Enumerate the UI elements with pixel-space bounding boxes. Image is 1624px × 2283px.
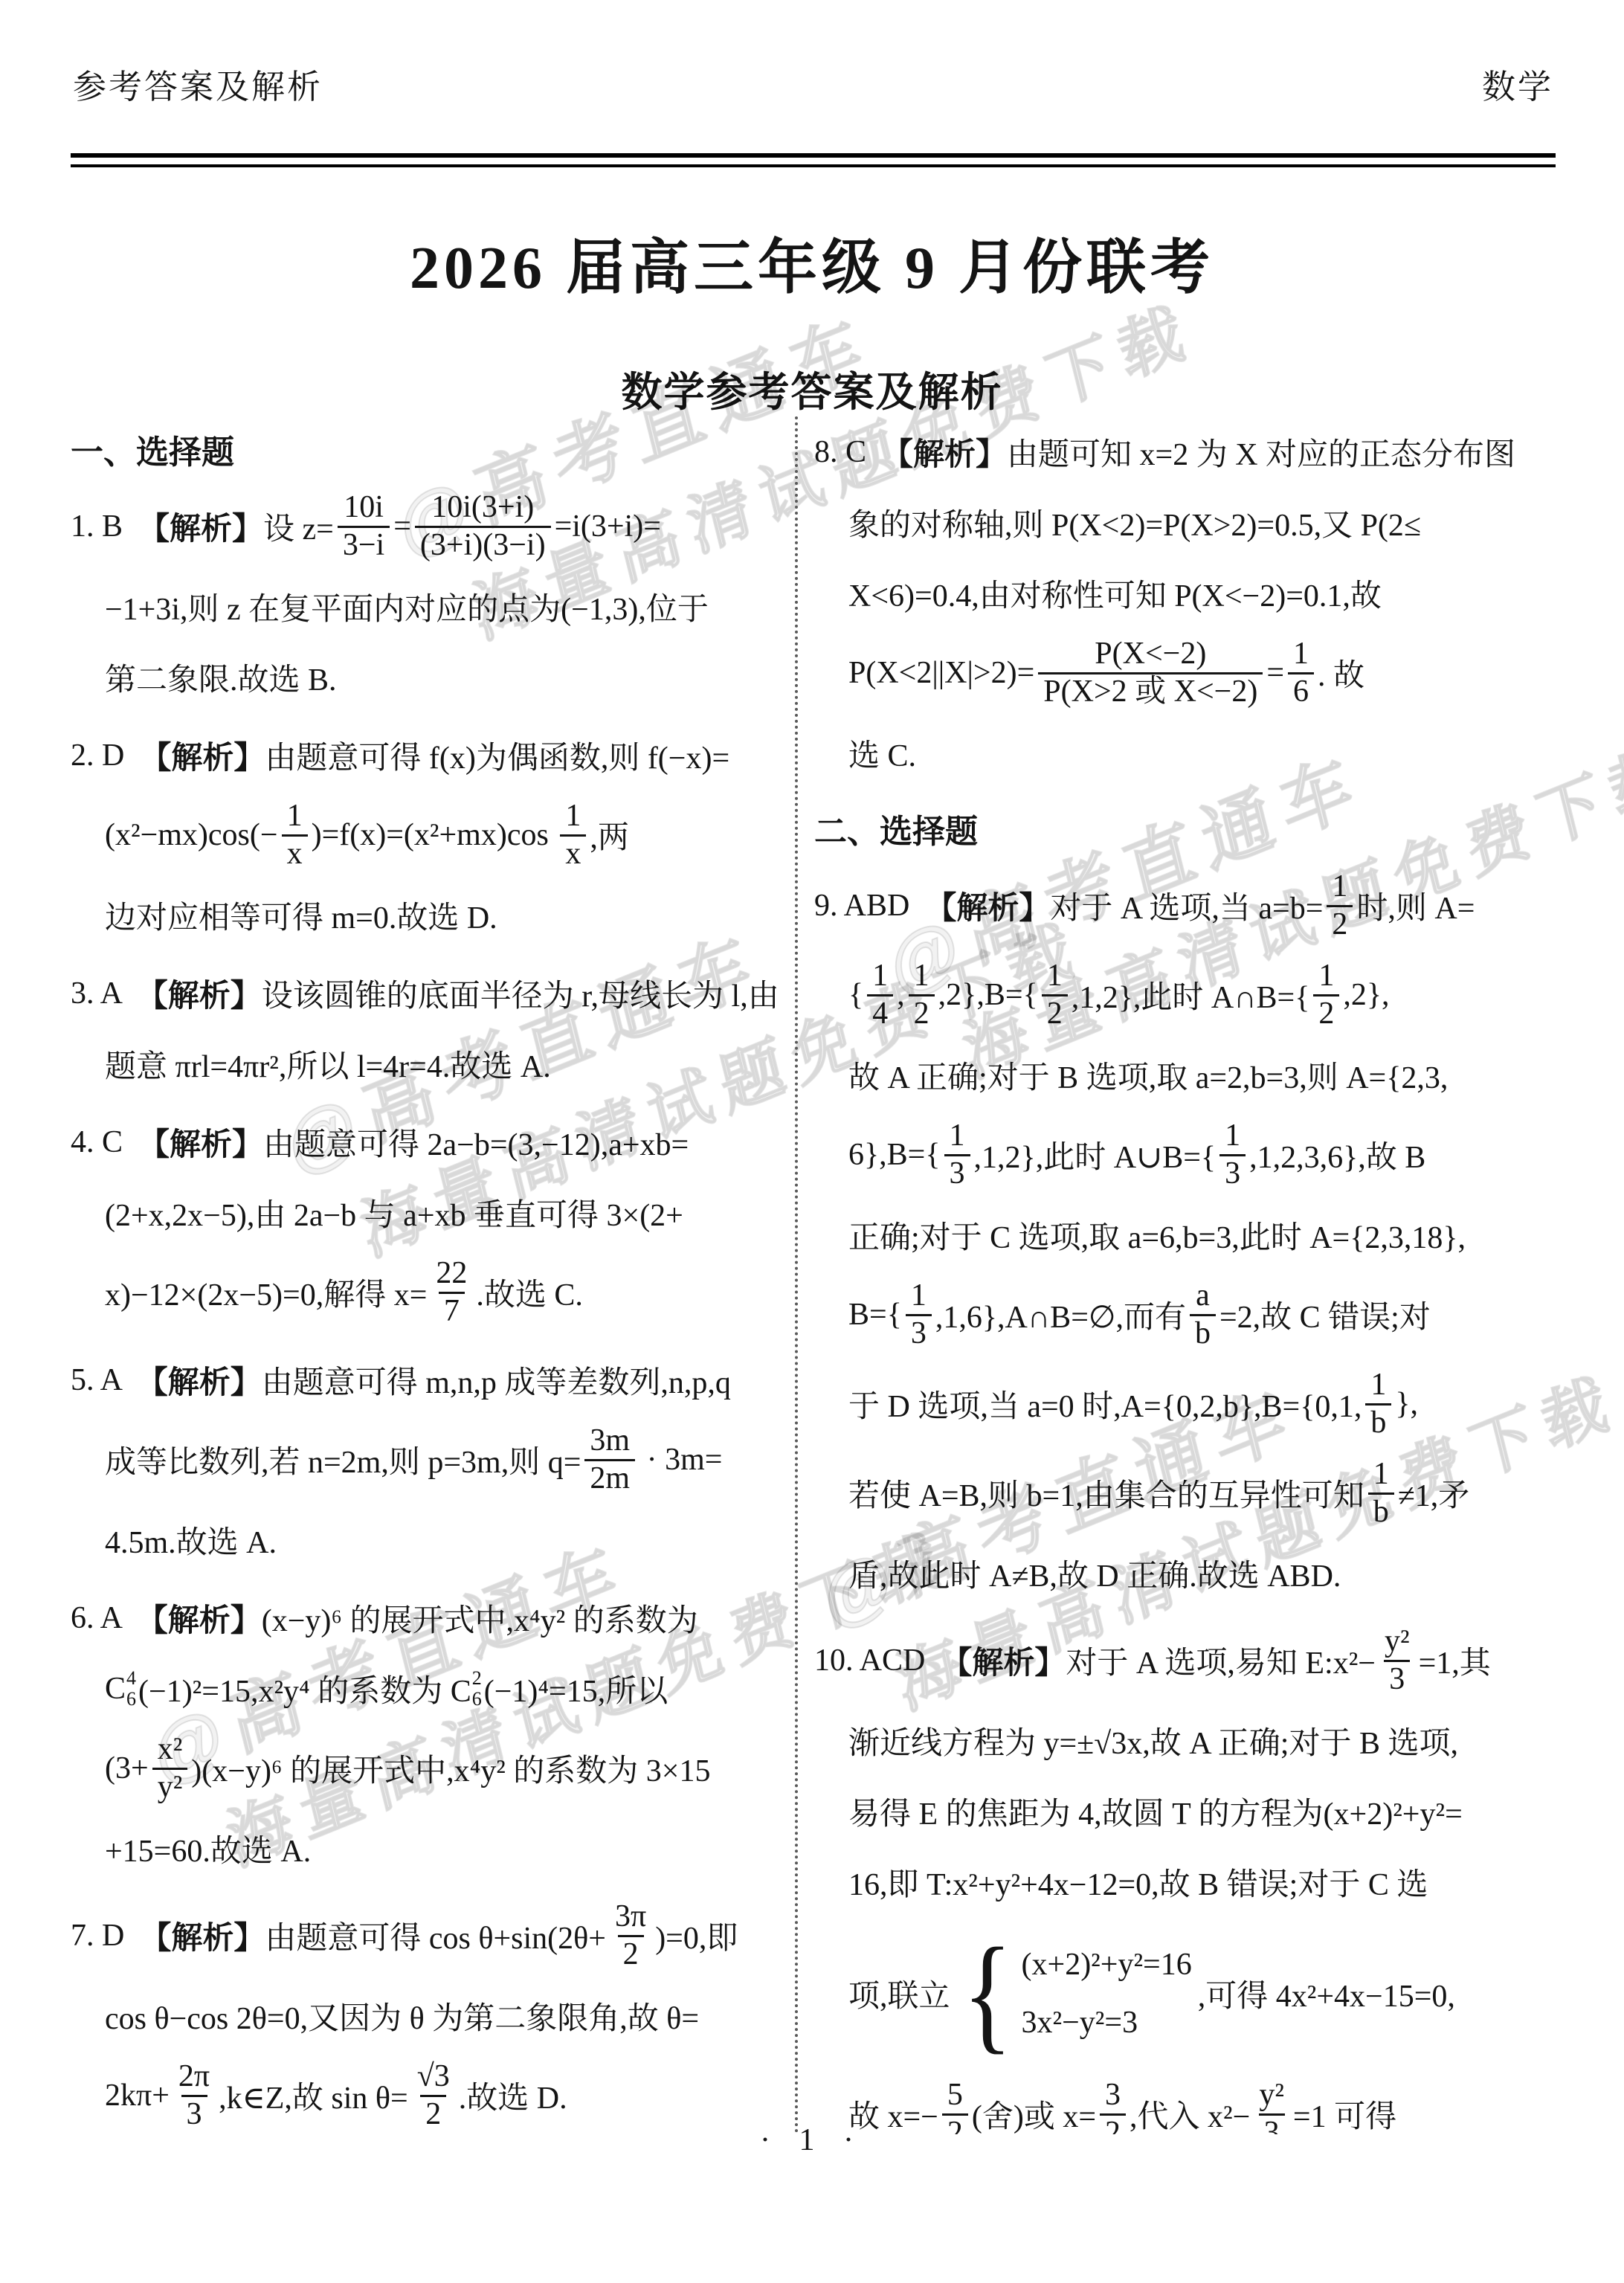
item-number-answer: 9. ABD — [814, 888, 925, 924]
fraction-numerator: 1 — [1327, 869, 1353, 904]
fraction: 12 — [1327, 869, 1353, 941]
item-number-answer: 7. D — [71, 1918, 140, 1954]
fraction-numerator: 1 — [282, 799, 308, 834]
item-line: 3. A 【解析】设该圆锥的底面半径为 r,母线长为 l,由 — [71, 958, 784, 1028]
fraction-numerator: y² — [1379, 1624, 1415, 1659]
fraction: P(X<−2)P(X>2 或 X<−2) — [1038, 637, 1263, 709]
math-text: =i(3+i)= — [555, 509, 661, 544]
item-number-answer: 1. B — [71, 509, 138, 544]
fraction-numerator: 3 — [1100, 2078, 1126, 2113]
math-text: ,可得 4x²+4x−15=0, — [1198, 1971, 1455, 2016]
fraction-denominator: 2 — [1042, 994, 1068, 1031]
math-text: ,两 — [590, 813, 629, 857]
exam-subtitle: 数学参考答案及解析 — [0, 359, 1624, 418]
fraction: 1b — [1365, 1368, 1391, 1440]
right-column: 8. C 【解析】由题可知 x=2 为 X 对应的正态分布图象的对称轴,则 P(… — [814, 416, 1557, 2134]
fraction-numerator: 1 — [1042, 959, 1068, 994]
fraction-numerator: x² — [152, 1732, 188, 1767]
math-text: 6},B={ — [848, 1137, 941, 1173]
math-text: (−1)²=15,x²y⁴ 的系数为 C — [138, 1667, 471, 1711]
math-text: B={ — [848, 1297, 902, 1333]
math-text: 16,即 T:x²+y²+4x−12=0,故 B 错误;对于 C 选 — [848, 1860, 1428, 1904]
fraction-denominator: 2 — [909, 994, 935, 1031]
fraction-denominator: 6 — [1288, 672, 1314, 709]
math-text: 于 D 选项,当 a=0 时,A={0,2,b},B={0,1, — [848, 1382, 1362, 1426]
item-number-answer: 6. A — [71, 1600, 137, 1636]
math-text: = — [1266, 655, 1284, 691]
answer-item: 6. A 【解析】(x−y)⁶ 的展开式中,x⁴y² 的系数为C46(−1)²=… — [71, 1582, 784, 1884]
math-text: 由题意可得 f(x)为偶函数,则 f(−x)= — [265, 733, 729, 778]
answer-item: 3. A 【解析】设该圆锥的底面半径为 r,母线长为 l,由题意 πrl=4πr… — [71, 958, 784, 1099]
item-line: C46(−1)²=15,x²y⁴ 的系数为 C26(−1)⁴=15,所以 — [71, 1653, 784, 1724]
math-text: ,2},B={ — [938, 977, 1038, 1013]
fraction-denominator: 3 — [1219, 1154, 1246, 1191]
fraction-numerator: P(X<−2) — [1089, 637, 1211, 672]
system-equation: (x+2)²+y²=16 — [1022, 1949, 1192, 1980]
item-line: 故 A 正确;对于 B 选项,取 a=2,b=3,则 A={2,3, — [814, 1040, 1557, 1110]
left-column: 一、选择题1. B 【解析】设 z=10i3−i=10i(3+i)(3+i)(3… — [71, 416, 784, 2134]
math-text: 正确;对于 C 选项,取 a=6,b=3,此时 A={2,3,18}, — [848, 1213, 1466, 1258]
fraction-numerator: y² — [1254, 2078, 1289, 2113]
super-subscript: 26 — [472, 1668, 482, 1709]
math-text: 第二象限.故选 B. — [105, 655, 337, 700]
fraction: 2π3 — [173, 2059, 215, 2131]
math-text: (2+x,2x−5),由 2a−b 与 a+xb 垂直可得 3×(2+ — [105, 1191, 683, 1235]
math-text: 若使 A=B,则 b=1,由集合的互异性可知 — [848, 1471, 1364, 1516]
math-text: = — [393, 509, 411, 544]
fraction: 12 — [1313, 959, 1339, 1031]
fraction-numerator: 1 — [1288, 637, 1314, 672]
fraction-denominator: b — [1365, 1403, 1391, 1440]
two-column-body: 一、选择题1. B 【解析】设 z=10i3−i=10i(3+i)(3+i)(3… — [71, 416, 1557, 2134]
item-number-answer: 8. C — [814, 434, 882, 470]
math-text: { — [848, 977, 863, 1013]
item-line: 易得 E 的焦距为 4,故圆 T 的方程为(x+2)²+y²= — [814, 1776, 1557, 1846]
fraction: 12 — [909, 959, 935, 1031]
math-text: · 3m= — [639, 1442, 722, 1478]
math-text: 成等比数列,若 n=2m,则 p=3m,则 q= — [105, 1437, 581, 1482]
fraction-denominator: 2m — [584, 1459, 635, 1496]
analysis-tag: 【解析】 — [140, 1913, 265, 1958]
math-text: X<6)=0.4,由对称性可知 P(X<−2)=0.1,故 — [848, 571, 1382, 616]
fraction-numerator: 10i(3+i) — [426, 490, 539, 525]
fraction-numerator: √3 — [412, 2059, 455, 2094]
item-line: P(X<2||X|>2)=P(X<−2)P(X>2 或 X<−2)=16. 故 — [814, 628, 1557, 718]
item-line: 7. D 【解析】由题意可得 cos θ+sin(2θ+3π2)=0,即 — [71, 1891, 784, 1980]
superscript: 2 — [472, 1668, 482, 1688]
fraction-denominator: P(X>2 或 X<−2) — [1038, 672, 1263, 709]
math-text: )=0,即 — [655, 1913, 738, 1958]
math-text: ,1,2},此时 A∩B={ — [1072, 973, 1310, 1017]
fraction-numerator: 1 — [1368, 1457, 1394, 1492]
fraction-numerator: 2π — [173, 2059, 215, 2094]
item-line: 4.5m.故选 A. — [71, 1504, 784, 1575]
column-divider — [795, 416, 798, 2134]
fraction-numerator: 1 — [1219, 1118, 1246, 1153]
math-text: P(X<2||X|>2)= — [848, 655, 1034, 691]
answer-item: 8. C 【解析】由题可知 x=2 为 X 对应的正态分布图象的对称轴,则 P(… — [814, 416, 1557, 788]
answer-item: 10. ACD 【解析】对于 A 选项,易知 E:x²−y²3=1,其渐近线方程… — [814, 1616, 1557, 2134]
math-text: x)−12×(2x−5)=0,解得 x= — [105, 1270, 427, 1315]
fraction-numerator: 1 — [867, 959, 893, 994]
fraction-numerator: 1 — [906, 1278, 932, 1313]
header-right-text: 数学 — [1482, 59, 1553, 108]
math-text: 时,则 A= — [1356, 883, 1475, 928]
fraction: 3π2 — [610, 1899, 651, 1971]
math-text: 选 C. — [848, 731, 916, 776]
fraction: 10i3−i — [338, 490, 390, 562]
math-text: , — [897, 977, 905, 1013]
math-text: 盾,故此时 A≠B,故 D 正确.故选 ABD. — [848, 1551, 1341, 1596]
math-text: 边对应相等可得 m=0.故选 D. — [105, 893, 497, 938]
fraction: 16 — [1288, 637, 1314, 709]
item-line: 边对应相等可得 m=0.故选 D. — [71, 880, 784, 950]
math-text: 对于 A 选项,易知 E:x²− — [1066, 1638, 1376, 1683]
fraction-numerator: 1 — [909, 959, 935, 994]
item-line: 项,联立{(x+2)²+y²=163x²−y²=3,可得 4x²+4x−15=0… — [814, 1917, 1557, 2070]
math-text: (−1)⁴=15,所以 — [484, 1667, 668, 1711]
fraction-denominator: x — [560, 834, 586, 872]
item-line: 2. D 【解析】由题意可得 f(x)为偶函数,则 f(−x)= — [71, 720, 784, 790]
fraction: 12 — [1042, 959, 1068, 1031]
fraction-denominator: 3−i — [338, 526, 390, 563]
item-line: (3+x²y²)(x−y)⁶ 的展开式中,x⁴y² 的系数为 3×15 — [71, 1724, 784, 1813]
fraction-denominator: x — [282, 834, 308, 872]
math-text: .故选 D. — [459, 2073, 567, 2118]
math-text: 题意 πrl=4πr²,所以 l=4r=4.故选 A. — [105, 1042, 551, 1086]
section-heading: 一、选择题 — [71, 416, 784, 482]
math-text: ,1,2},此时 A∪B={ — [974, 1133, 1217, 1177]
fraction-denominator: 3 — [944, 1154, 970, 1191]
fraction-denominator: b — [1190, 1314, 1216, 1351]
fraction-denominator: 4 — [867, 994, 893, 1031]
math-text: 项,联立 — [848, 1971, 950, 2016]
subscript: 6 — [472, 1689, 482, 1709]
section-heading: 二、选择题 — [814, 796, 1557, 861]
answer-item: 1. B 【解析】设 z=10i3−i=10i(3+i)(3+i)(3−i)=i… — [71, 482, 784, 712]
fraction-denominator: (3+i)(3−i) — [415, 526, 551, 563]
fraction-numerator: 3π — [610, 1899, 651, 1934]
fraction-denominator: y² — [152, 1768, 188, 1805]
item-number-answer: 3. A — [71, 976, 137, 1011]
math-text: 渐近线方程为 y=±√3x,故 A 正确;对于 B 选项, — [848, 1719, 1458, 1763]
answer-item: 7. D 【解析】由题意可得 cos θ+sin(2θ+3π2)=0,即cos … — [71, 1891, 784, 2134]
math-text: }, — [1395, 1386, 1418, 1422]
item-line: 选 C. — [814, 718, 1557, 788]
item-number-answer: 10. ACD — [814, 1643, 941, 1678]
item-line: X<6)=0.4,由对称性可知 P(X<−2)=0.1,故 — [814, 558, 1557, 628]
math-text: ,2}, — [1343, 977, 1389, 1013]
math-text: (x−y)⁶ 的展开式中,x⁴y² 的系数为 — [262, 1596, 698, 1640]
fraction-denominator: 2 — [618, 1935, 644, 1972]
answer-item: 2. D 【解析】由题意可得 f(x)为偶函数,则 f(−x)=(x²−mx)c… — [71, 720, 784, 950]
fraction-numerator: 10i — [338, 490, 389, 525]
fraction: ab — [1190, 1278, 1216, 1350]
math-text: 4.5m.故选 A. — [105, 1518, 277, 1562]
fraction-denominator: 3 — [906, 1314, 932, 1351]
item-number-answer: 4. C — [71, 1124, 138, 1160]
item-line: 6},B={13,1,2},此时 A∪B={13,1,2,3,6},故 B — [814, 1110, 1557, 1200]
item-line: 16,即 T:x²+y²+4x−12=0,故 B 错误;对于 C 选 — [814, 1846, 1557, 1917]
item-line: (x²−mx)cos(−1x)=f(x)=(x²+mx)cos 1x,两 — [71, 790, 784, 880]
answer-item: 4. C 【解析】由题意可得 2a−b=(3,−12),a+xb=(2+x,2x… — [71, 1107, 784, 1337]
item-line: 成等比数列,若 n=2m,则 p=3m,则 q=3m2m · 3m= — [71, 1415, 784, 1504]
fraction: 13 — [1219, 1118, 1246, 1191]
analysis-tag: 【解析】 — [137, 1358, 262, 1403]
subscript: 6 — [126, 1689, 136, 1709]
math-text: )(x−y)⁶ 的展开式中,x⁴y² 的系数为 3×15 — [191, 1746, 710, 1791]
fraction-denominator: b — [1368, 1493, 1394, 1530]
math-text: +15=60.故选 A. — [105, 1826, 311, 1871]
item-line: 9. ABD 【解析】对于 A 选项,当 a=b=12时,则 A= — [814, 861, 1557, 950]
item-line: 6. A 【解析】(x−y)⁶ 的展开式中,x⁴y² 的系数为 — [71, 1582, 784, 1653]
fraction-numerator: 1 — [944, 1118, 970, 1153]
item-line: +15=60.故选 A. — [71, 1813, 784, 1884]
item-line: 盾,故此时 A≠B,故 D 正确.故选 ABD. — [814, 1538, 1557, 1609]
analysis-tag: 【解析】 — [137, 1596, 262, 1640]
math-text: =1,其 — [1419, 1638, 1491, 1683]
header-left-text: 参考答案及解析 — [73, 59, 323, 108]
math-text: 由题意可得 cos θ+sin(2θ+ — [265, 1913, 606, 1958]
fraction-denominator: 3 — [1384, 1660, 1410, 1697]
math-text: −1+3i,则 z 在复平面内对应的点为(−1,3),位于 — [105, 585, 709, 629]
fraction: 227 — [431, 1256, 472, 1328]
math-text: 2kπ+ — [105, 2078, 170, 2113]
math-text: ,k∈Z,故 sin θ= — [219, 2073, 408, 2118]
analysis-tag: 【解析】 — [882, 430, 1007, 474]
system-brace: { — [962, 1938, 1012, 2049]
math-text: )=f(x)=(x²+mx)cos — [312, 817, 557, 853]
fraction-numerator: 22 — [431, 1256, 472, 1291]
fraction: √32 — [412, 2059, 455, 2131]
math-text: (x²−mx)cos(− — [105, 817, 278, 853]
item-line: 正确;对于 C 选项,取 a=6,b=3,此时 A={2,3,18}, — [814, 1200, 1557, 1270]
item-line: 题意 πrl=4πr²,所以 l=4r=4.故选 A. — [71, 1028, 784, 1099]
math-text: . 故 — [1318, 651, 1364, 695]
math-text: 设该圆锥的底面半径为 r,母线长为 l,由 — [262, 971, 779, 1016]
math-text: =2,故 C 错误;对 — [1219, 1292, 1431, 1337]
math-text: .故选 C. — [476, 1270, 583, 1315]
item-line: cos θ−cos 2θ=0,又因为 θ 为第二象限角,故 θ= — [71, 1980, 784, 2051]
fraction: 1b — [1368, 1457, 1394, 1529]
system-equation: 3x²−y²=3 — [1022, 2007, 1192, 2038]
analysis-tag: 【解析】 — [138, 504, 263, 549]
item-line: 1. B 【解析】设 z=10i3−i=10i(3+i)(3+i)(3−i)=i… — [71, 482, 784, 571]
fraction: 13 — [944, 1118, 970, 1191]
math-text: ≠1,矛 — [1398, 1471, 1470, 1516]
item-number-answer: 5. A — [71, 1362, 137, 1398]
math-text: 对于 A 选项,当 a=b= — [1050, 883, 1323, 928]
math-text: C — [105, 1671, 126, 1707]
super-subscript: 46 — [126, 1668, 136, 1709]
fraction-denominator: 2 — [1313, 994, 1339, 1031]
item-line: 第二象限.故选 B. — [71, 642, 784, 712]
fraction: 10i(3+i)(3+i)(3−i) — [415, 490, 551, 562]
math-text: ,1,6},A∩B=∅,而有 — [935, 1292, 1186, 1337]
equation-system: {(x+2)²+y²=163x²−y²=3 — [956, 1938, 1192, 2049]
math-text: 由题意可得 m,n,p 成等差数列,n,p,q — [262, 1358, 731, 1403]
fraction-denominator: 2 — [1327, 905, 1353, 942]
item-line: 8. C 【解析】由题可知 x=2 为 X 对应的正态分布图 — [814, 416, 1557, 487]
analysis-tag: 【解析】 — [140, 733, 265, 778]
header-double-rule — [71, 153, 1556, 167]
item-line: 4. C 【解析】由题意可得 2a−b=(3,−12),a+xb= — [71, 1107, 784, 1177]
fraction: 1x — [282, 799, 308, 871]
fraction: 13 — [906, 1278, 932, 1350]
page-number: · 1 · — [0, 2122, 1624, 2158]
fraction: x²y² — [152, 1732, 188, 1804]
fraction-numerator: 1 — [1365, 1368, 1391, 1403]
analysis-tag: 【解析】 — [941, 1638, 1066, 1683]
fraction-numerator: 5 — [942, 2078, 968, 2113]
fraction-denominator: 7 — [439, 1292, 465, 1329]
fraction-numerator: 1 — [1313, 959, 1339, 994]
answer-sheet-page: 参考答案及解析 数学 2026 届高三年级 9 月份联考 数学参考答案及解析 @… — [0, 0, 1624, 2283]
answer-item: 9. ABD 【解析】对于 A 选项,当 a=b=12时,则 A={14,12,… — [814, 861, 1557, 1609]
math-text: 故 A 正确;对于 B 选项,取 a=2,b=3,则 A={2,3, — [848, 1053, 1448, 1098]
analysis-tag: 【解析】 — [138, 1120, 263, 1165]
math-text: ,1,2,3,6},故 B — [1249, 1133, 1425, 1177]
analysis-tag: 【解析】 — [925, 883, 1050, 928]
item-line: B={13,1,6},A∩B=∅,而有ab=2,故 C 错误;对 — [814, 1270, 1557, 1359]
math-text: 设 z= — [263, 504, 334, 549]
fraction: 3m2m — [584, 1423, 635, 1495]
fraction-numerator: a — [1190, 1278, 1215, 1313]
item-line: 渐近线方程为 y=±√3x,故 A 正确;对于 B 选项, — [814, 1705, 1557, 1776]
math-text: cos θ−cos 2θ=0,又因为 θ 为第二象限角,故 θ= — [105, 1994, 699, 2038]
math-text: 易得 E 的焦距为 4,故圆 T 的方程为(x+2)²+y²= — [848, 1789, 1463, 1834]
math-text: 由题意可得 2a−b=(3,−12),a+xb= — [263, 1120, 689, 1165]
item-number-answer: 2. D — [71, 738, 140, 773]
item-line: 5. A 【解析】由题意可得 m,n,p 成等差数列,n,p,q — [71, 1345, 784, 1415]
page-header: 参考答案及解析 数学 — [73, 59, 1553, 108]
item-line: (2+x,2x−5),由 2a−b 与 a+xb 垂直可得 3×(2+ — [71, 1177, 784, 1248]
item-line: −1+3i,则 z 在复平面内对应的点为(−1,3),位于 — [71, 571, 784, 642]
answer-item: 5. A 【解析】由题意可得 m,n,p 成等差数列,n,p,q成等比数列,若 … — [71, 1345, 784, 1575]
fraction: 1x — [560, 799, 586, 871]
item-line: 于 D 选项,当 a=0 时,A={0,2,b},B={0,1,1b}, — [814, 1359, 1557, 1449]
item-line: 象的对称轴,则 P(X<2)=P(X>2)=0.5,又 P(2≤ — [814, 487, 1557, 558]
item-line: x)−12×(2x−5)=0,解得 x=227.故选 C. — [71, 1248, 784, 1337]
fraction-numerator: 3m — [584, 1423, 635, 1458]
math-text: (3+ — [105, 1751, 149, 1786]
fraction: 14 — [867, 959, 893, 1031]
fraction-numerator: 1 — [560, 799, 586, 834]
fraction: y²3 — [1379, 1624, 1415, 1696]
math-text: 由题可知 x=2 为 X 对应的正态分布图 — [1007, 430, 1515, 474]
math-text: 象的对称轴,则 P(X<2)=P(X>2)=0.5,又 P(2≤ — [848, 500, 1421, 545]
item-line: {14,12,2},B={12,1,2},此时 A∩B={12,2}, — [814, 950, 1557, 1040]
system-rows: (x+2)²+y²=163x²−y²=3 — [1022, 1949, 1192, 2038]
superscript: 4 — [126, 1668, 136, 1688]
item-line: 若使 A=B,则 b=1,由集合的互异性可知1b≠1,矛 — [814, 1449, 1557, 1538]
exam-title: 2026 届高三年级 9 月份联考 — [0, 219, 1624, 305]
item-line: 10. ACD 【解析】对于 A 选项,易知 E:x²−y²3=1,其 — [814, 1616, 1557, 1705]
analysis-tag: 【解析】 — [137, 971, 262, 1016]
